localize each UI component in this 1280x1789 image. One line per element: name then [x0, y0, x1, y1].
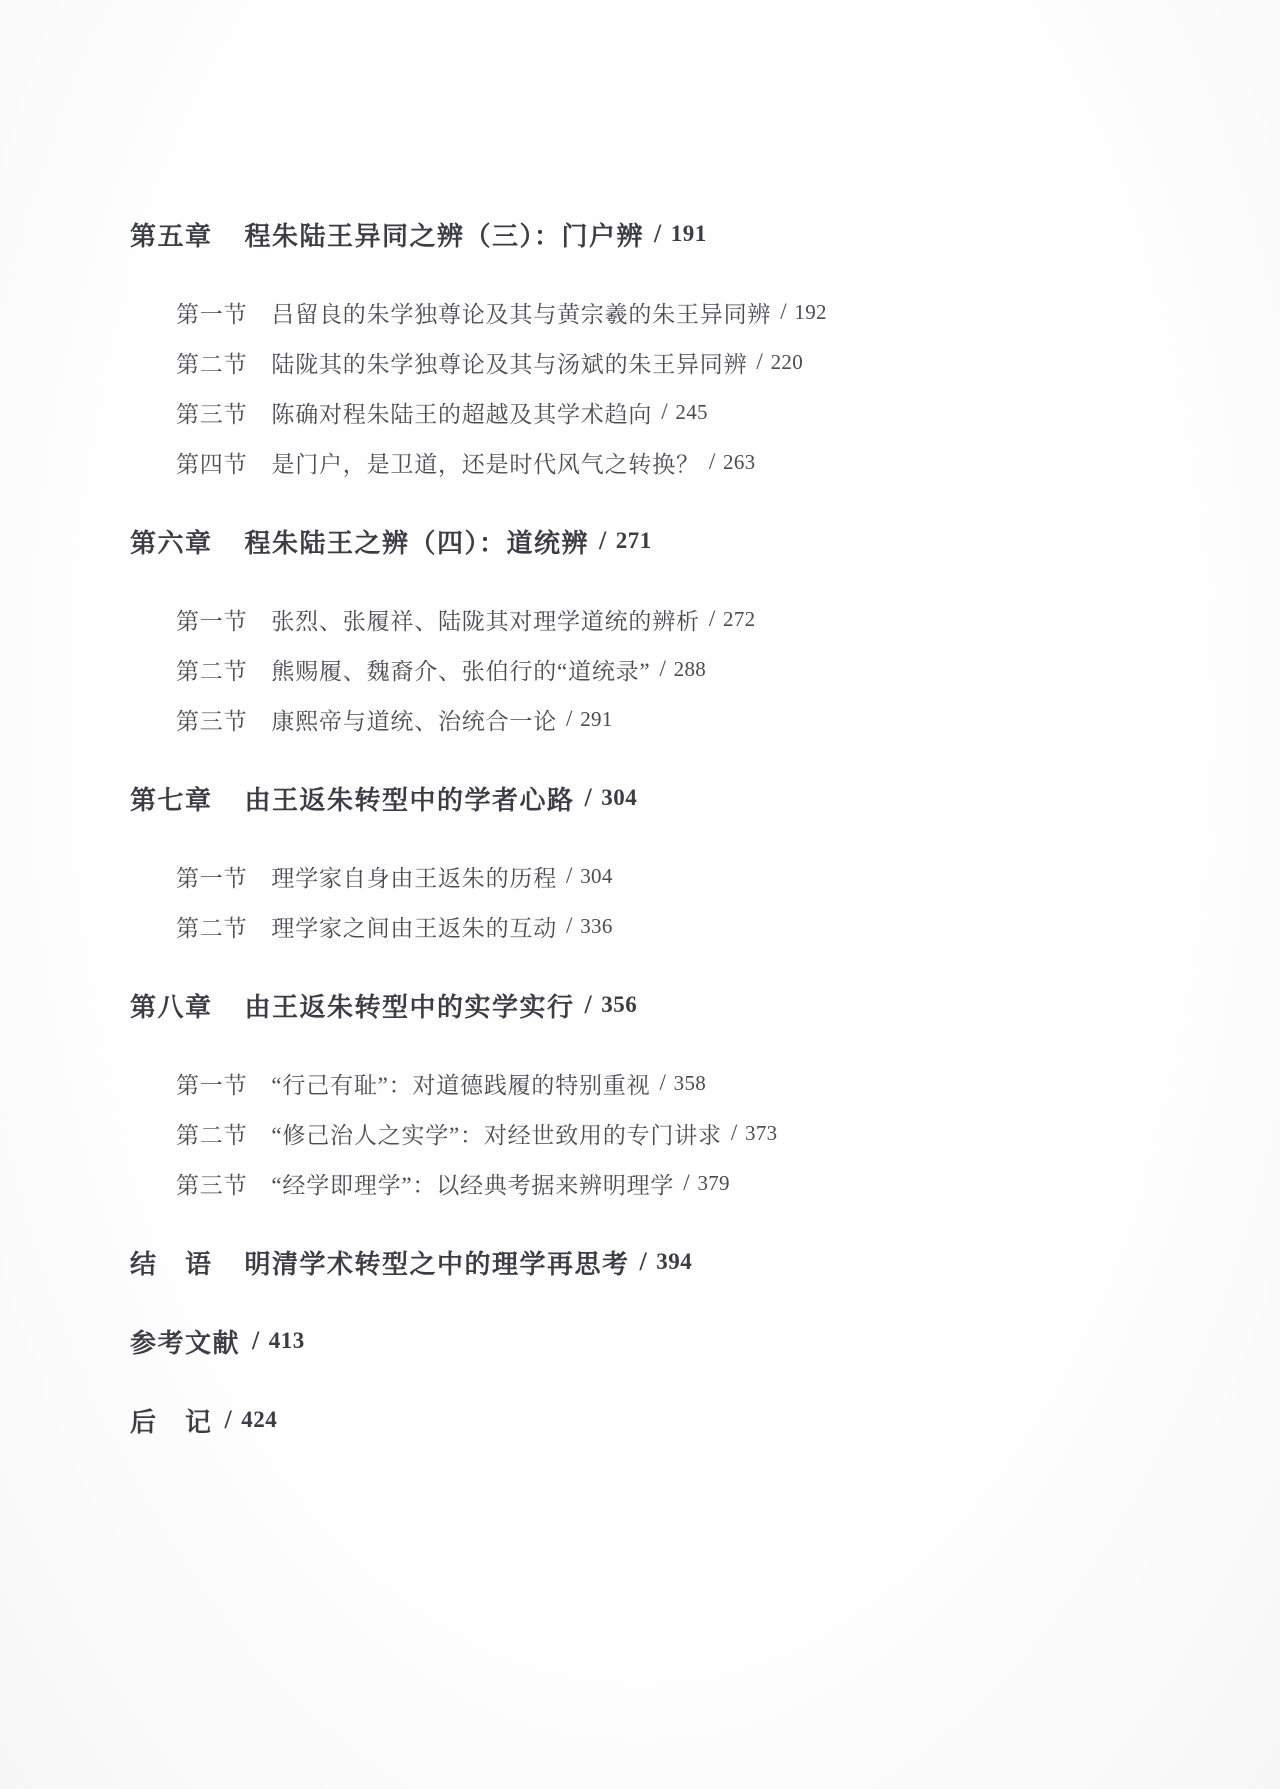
chapter-8-heading: 第八章 由王返朱转型中的实学实行 / 356 [130, 980, 1200, 1030]
section-title: 理学家之间由王返朱的互动 [271, 910, 557, 943]
page-separator: / [731, 1120, 738, 1146]
section-title: 理学家自身由王返朱的历程 [271, 860, 557, 893]
section-number-label: 第二节 [176, 346, 247, 379]
page-number: 191 [671, 221, 707, 247]
page-number: 358 [674, 1071, 706, 1096]
page-number: 272 [723, 607, 755, 632]
section-number-label: 第三节 [176, 396, 247, 429]
section-title: “行己有耻”：对道德践履的特别重视 [271, 1067, 650, 1100]
chapter-title: 由王返朱转型中的学者心路 [245, 780, 575, 817]
chapter-5-section-4: 第四节 是门户，是卫道，还是时代风气之转换？ / 263 [130, 437, 1200, 487]
section-number-label: 第二节 [176, 1117, 247, 1150]
page-number: 245 [675, 400, 707, 425]
chapter-5-section-1: 第一节 吕留良的朱学独尊论及其与黄宗羲的朱王异同辨 / 192 [130, 287, 1200, 337]
page-separator: / [756, 349, 763, 375]
chapter-6-section-1: 第一节 张烈、张履祥、陆陇其对理学道统的辨析 / 272 [130, 594, 1200, 644]
page-number: 288 [674, 657, 706, 682]
chapter-number-label: 第八章 [130, 987, 213, 1024]
page-separator: / [683, 1170, 690, 1196]
section-number-label: 第一节 [176, 1067, 247, 1100]
page-separator: / [599, 526, 608, 556]
page-separator: / [585, 783, 594, 813]
chapter-5-section-2: 第二节 陆陇其的朱学独尊论及其与汤斌的朱王异同辨 / 220 [130, 337, 1200, 387]
section-title: 康熙帝与道统、治统合一论 [271, 703, 557, 736]
section-title: 陈确对程朱陆王的超越及其学术趋向 [271, 396, 652, 429]
page-number: 192 [794, 300, 826, 325]
chapter-title: 程朱陆王之辨（四）：道统辨 [245, 523, 590, 560]
section-title: 是门户，是卫道，还是时代风气之转换？ [271, 446, 699, 479]
section-number-label: 第二节 [176, 910, 247, 943]
page-separator: / [661, 399, 668, 425]
chapter-8-section-1: 第一节 “行己有耻”：对道德践履的特别重视 / 358 [130, 1058, 1200, 1108]
page-separator: / [709, 606, 716, 632]
page-separator: / [566, 863, 573, 889]
chapter-7-heading: 第七章 由王返朱转型中的学者心路 / 304 [130, 773, 1200, 823]
section-title: 陆陇其的朱学独尊论及其与汤斌的朱王异同辨 [271, 346, 747, 379]
postscript-heading: 后 记 / 424 [130, 1395, 1200, 1445]
page-separator: / [566, 706, 573, 732]
page-number: 271 [616, 528, 652, 554]
conclusion-title: 明清学术转型之中的理学再思考 [245, 1244, 630, 1281]
chapter-7-section-2: 第二节 理学家之间由王返朱的互动 / 336 [130, 901, 1200, 951]
chapter-5-section-3: 第三节 陈确对程朱陆王的超越及其学术趋向 / 245 [130, 387, 1200, 437]
page-separator: / [659, 1070, 666, 1096]
page-number: 356 [601, 992, 637, 1018]
page-number: 336 [580, 914, 612, 939]
chapter-number-label: 第五章 [130, 216, 213, 253]
page-number: 424 [241, 1407, 277, 1433]
page-separator: / [566, 913, 573, 939]
chapter-number-label: 第七章 [130, 780, 213, 817]
chapter-8-section-2: 第二节 “修己治人之实学”：对经世致用的专门讲求 / 373 [130, 1108, 1200, 1158]
page-separator: / [654, 219, 663, 249]
page-number: 379 [697, 1171, 729, 1196]
chapter-title: 由王返朱转型中的实学实行 [245, 987, 575, 1024]
section-title: 吕留良的朱学独尊论及其与黄宗羲的朱王异同辨 [271, 296, 771, 329]
page-number: 291 [580, 707, 612, 732]
conclusion-heading: 结 语 明清学术转型之中的理学再思考 / 394 [130, 1237, 1200, 1287]
page-separator: / [585, 990, 594, 1020]
section-title: 张烈、张履祥、陆陇其对理学道统的辨析 [271, 603, 699, 636]
section-title: 熊赐履、魏裔介、张伯行的“道统录” [271, 653, 650, 686]
chapter-6-section-2: 第二节 熊赐履、魏裔介、张伯行的“道统录” / 288 [130, 644, 1200, 694]
chapter-6-section-3: 第三节 康熙帝与道统、治统合一论 / 291 [130, 694, 1200, 744]
page-separator: / [640, 1247, 649, 1277]
page-number: 413 [269, 1328, 305, 1354]
section-title: “经学即理学”：以经典考据来辨明理学 [271, 1167, 674, 1200]
chapter-title: 程朱陆王异同之辨（三）：门户辨 [245, 216, 645, 253]
section-number-label: 第一节 [176, 603, 247, 636]
chapter-8-section-3: 第三节 “经学即理学”：以经典考据来辨明理学 / 379 [130, 1158, 1200, 1208]
conclusion-label: 结 语 [130, 1244, 213, 1281]
page-number: 263 [723, 450, 755, 475]
section-number-label: 第二节 [176, 653, 247, 686]
section-title: “修己治人之实学”：对经世致用的专门讲求 [271, 1117, 721, 1150]
page-number: 373 [745, 1121, 777, 1146]
chapter-5-heading: 第五章 程朱陆王异同之辨（三）：门户辨 / 191 [130, 209, 1200, 259]
page-number: 394 [656, 1249, 692, 1275]
section-number-label: 第四节 [176, 446, 247, 479]
chapter-6-heading: 第六章 程朱陆王之辨（四）：道统辨 / 271 [130, 516, 1200, 566]
toc-page: 第五章 程朱陆王异同之辨（三）：门户辨 / 191 第一节 吕留良的朱学独尊论及… [0, 0, 1280, 1789]
section-number-label: 第三节 [176, 1167, 247, 1200]
section-number-label: 第一节 [176, 296, 247, 329]
chapter-7-section-1: 第一节 理学家自身由王返朱的历程 / 304 [130, 851, 1200, 901]
page-separator: / [252, 1326, 261, 1356]
page-number: 220 [771, 350, 803, 375]
section-number-label: 第一节 [176, 860, 247, 893]
page-separator: / [659, 656, 666, 682]
page-number: 304 [601, 785, 637, 811]
page-separator: / [225, 1405, 234, 1435]
page-separator: / [780, 299, 787, 325]
references-heading: 参考文献 / 413 [130, 1316, 1200, 1366]
page-separator: / [709, 449, 716, 475]
references-label: 参考文献 [130, 1323, 240, 1360]
postscript-label: 后 记 [130, 1402, 213, 1439]
page-number: 304 [580, 864, 612, 889]
section-number-label: 第三节 [176, 703, 247, 736]
chapter-number-label: 第六章 [130, 523, 213, 560]
